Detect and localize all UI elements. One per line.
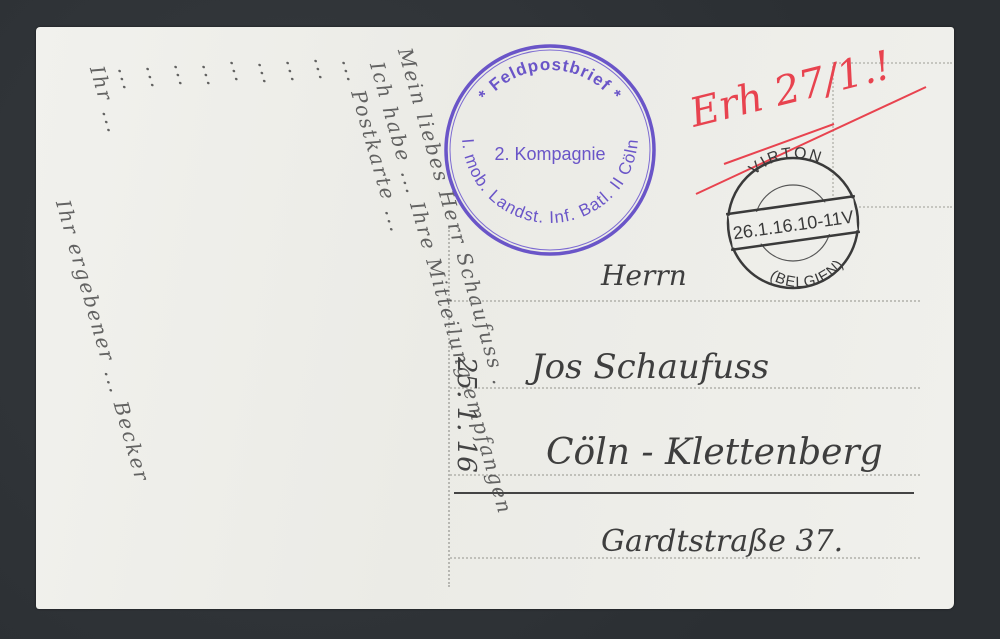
message-line: Ihr ergebener ... Becker (51, 197, 155, 485)
message-line: ... (225, 55, 255, 86)
city-underline (454, 492, 914, 494)
postcard: Mein liebes Herr Schaufuss . Ich habe ..… (36, 27, 954, 609)
handwritten-message: Mein liebes Herr Schaufuss . Ich habe ..… (44, 37, 444, 597)
address-line (450, 387, 920, 389)
message-line: ... (113, 63, 143, 94)
address-street: Gardtstraße 37. (601, 524, 843, 559)
address-name: Jos Schaufuss (531, 347, 769, 387)
message-line: ... (141, 61, 171, 92)
message-line: ... (309, 53, 339, 84)
svg-text:(BELGIEN): (BELGIEN) (767, 256, 847, 291)
address-salutation: Herrn (601, 259, 687, 292)
message-line: ... (169, 59, 199, 90)
address-line (450, 474, 920, 476)
message-line: ... (281, 55, 311, 86)
red-annotation-text: Erh 27/1.! (686, 42, 896, 137)
svg-text:VIRTON: VIRTON (746, 145, 825, 179)
message-line: ... (253, 57, 283, 88)
postmark-town: VIRTON (746, 145, 825, 179)
message-line: ... (197, 59, 227, 90)
stamp-center-text: 2. Kompagnie (494, 144, 605, 164)
address-city: Cöln - Klettenberg (546, 432, 883, 473)
written-date: 25. 1. 16 (451, 357, 481, 473)
feldpost-unit-stamp: * Feldpostbrief * 2. Kompagnie I. mob. L… (440, 40, 660, 260)
postmark-country: (BELGIEN) (767, 256, 847, 291)
virton-postmark: 26.1.16.10-11V VIRTON (BELGIEN) (718, 135, 868, 305)
